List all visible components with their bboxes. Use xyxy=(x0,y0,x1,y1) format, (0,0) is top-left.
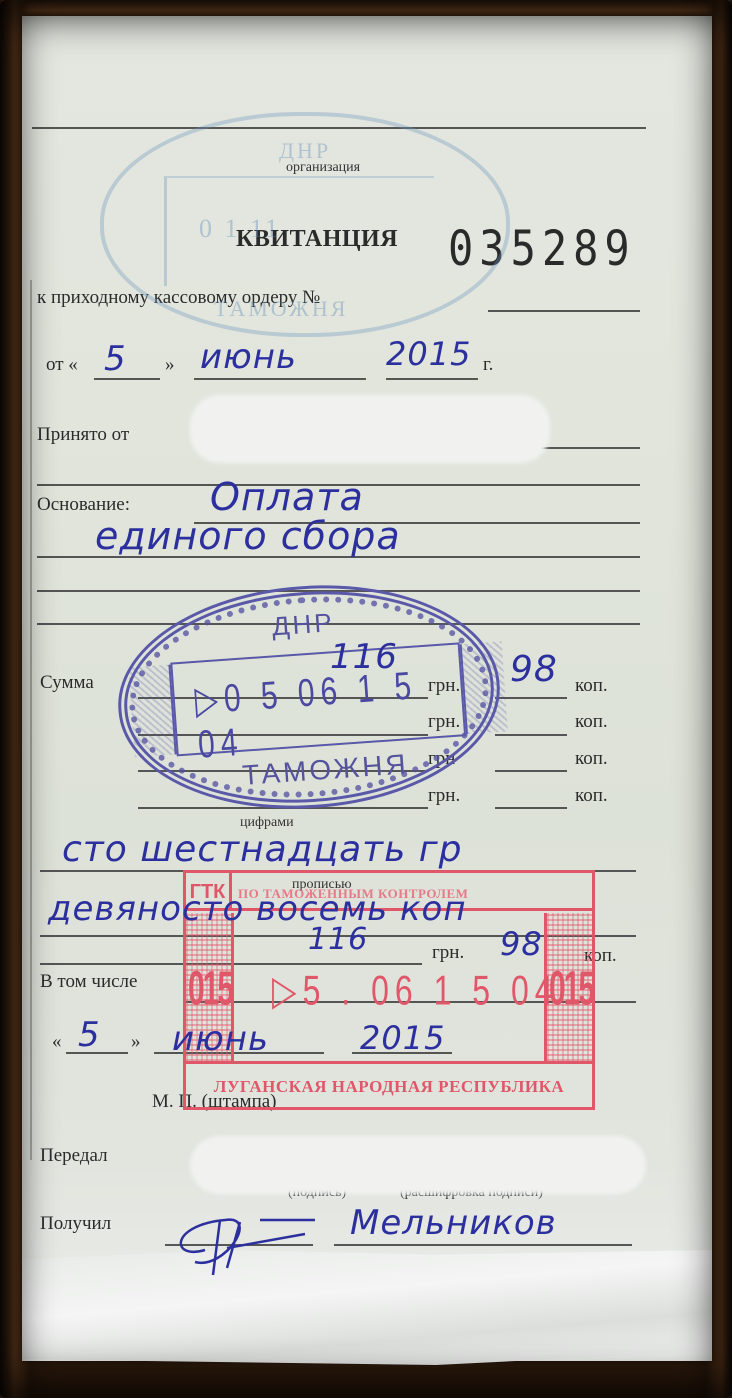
faded-stamp-bottom-text: ТАМОЖНЯ xyxy=(214,296,348,322)
red-stamp-left-code: 015 xyxy=(188,963,232,1017)
stamp-right-pattern xyxy=(460,641,508,734)
sign-date-month: июнь xyxy=(172,1022,269,1056)
received-by-decode-line xyxy=(334,1244,632,1246)
amount-label: Сумма xyxy=(40,673,94,692)
paper-curl xyxy=(22,1250,712,1365)
stamp-top-text: ДНР xyxy=(271,607,336,642)
order-number-line xyxy=(488,310,640,312)
basis-line2-text: единого сбора xyxy=(95,517,401,555)
sign-date-year: 2015 xyxy=(360,1022,445,1054)
date-suffix: г. xyxy=(483,355,493,374)
amount-row-4-kop-label: коп. xyxy=(575,786,608,805)
redacted-handed-over xyxy=(190,1136,646,1194)
stamp-left-pattern xyxy=(129,665,177,758)
month-line xyxy=(194,378,366,380)
date-prefix: от « xyxy=(46,355,78,374)
amount-row-1-uah: 116 xyxy=(330,640,398,674)
received-from-label: Принято от xyxy=(37,425,129,444)
received-by-signature xyxy=(165,1200,325,1280)
amount-row-1-kop: 98 xyxy=(510,652,558,688)
amount-row-3-kop-line xyxy=(495,770,567,772)
amount-row-4-kop-line xyxy=(495,807,567,809)
red-stamp-footer: ЛУГАНСКАЯ НАРОДНАЯ РЕСПУБЛИКА xyxy=(186,1061,592,1107)
faded-customs-stamp: ДНР 0 1 11 ТАМОЖНЯ xyxy=(100,112,510,337)
handed-over-label: Передал xyxy=(40,1146,108,1165)
digits-caption: цифрами xyxy=(240,816,294,830)
redacted-received-from xyxy=(190,395,550,463)
sign-date-open-quote: « xyxy=(52,1032,62,1051)
basis-label: Основание: xyxy=(37,495,130,514)
sign-date-day: 5 xyxy=(78,1018,101,1052)
amount-words-line2: девяносто восемь коп xyxy=(48,892,467,926)
received-by-label: Получил xyxy=(40,1214,111,1233)
year-line xyxy=(386,378,478,380)
red-stamp-date-code: ▷5 . 06 1 5 04 xyxy=(272,965,559,1014)
faded-stamp-code: 0 1 11 xyxy=(199,214,281,244)
date-close-quote: » xyxy=(165,355,175,374)
amount-row-1-kop-line xyxy=(495,697,567,699)
date-day: 5 xyxy=(104,342,127,376)
received-by-name: Мельников xyxy=(350,1206,557,1240)
including-label: В том числе xyxy=(40,972,137,991)
basis-line1-text: Оплата xyxy=(210,478,364,516)
binding-line xyxy=(30,280,32,1160)
date-month: июнь xyxy=(200,340,297,374)
amount-row-2-kop-label: коп. xyxy=(575,712,608,731)
total-uah: 116 xyxy=(308,925,368,955)
sign-date-close-quote: » xyxy=(131,1032,141,1051)
amount-words-line1: сто шестнадцать гр xyxy=(62,832,463,868)
date-year: 2015 xyxy=(386,338,471,370)
amount-row-1-kop-label: коп. xyxy=(575,676,608,695)
stamp-inner-box: ▷0 5 06 1 5 04 xyxy=(170,642,466,756)
faded-stamp-top-text: ДНР xyxy=(279,138,331,164)
amount-row-3-kop-label: коп. xyxy=(575,749,608,768)
amount-row-2-kop-line xyxy=(495,734,567,736)
total-kop: 98 xyxy=(500,928,543,960)
amount-row-4-uah-label: грн. xyxy=(428,786,460,805)
